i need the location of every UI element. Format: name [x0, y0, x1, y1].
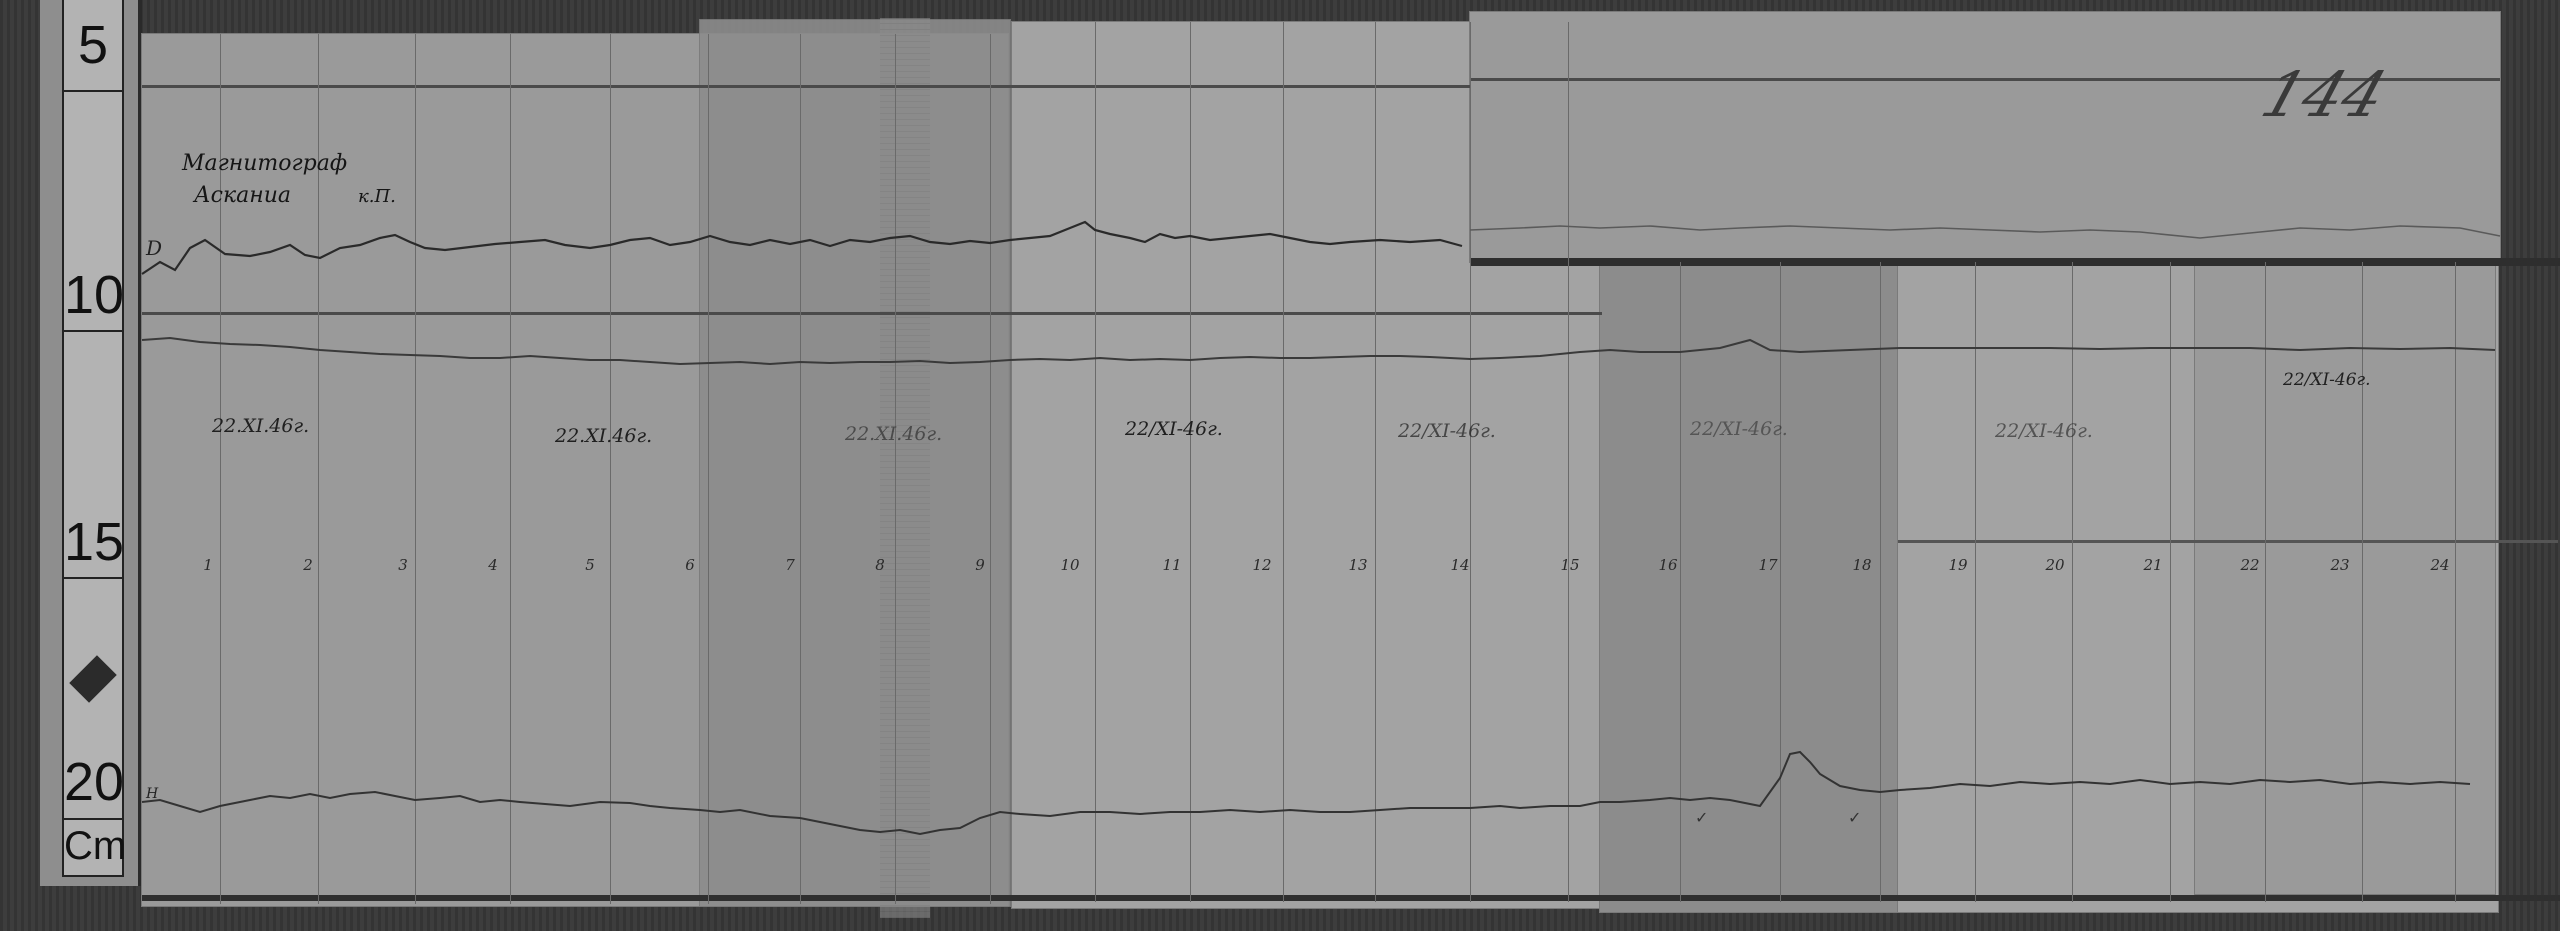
hour-label-11: 11 [1162, 556, 1181, 574]
date-label: 22/XI-46г. [1125, 418, 1223, 440]
hour-label-17: 17 [1758, 556, 1777, 574]
hour-label-24: 24 [2430, 556, 2449, 574]
d-trace-marker: D [146, 236, 162, 260]
hour-label-12: 12 [1252, 556, 1271, 574]
h-trace-marker: H [146, 786, 158, 802]
middle-trace [142, 338, 2495, 364]
hour-label-18: 18 [1852, 556, 1871, 574]
magnetogram-traces [0, 0, 2560, 931]
hour-label-20: 20 [2045, 556, 2064, 574]
hour-label-1: 1 [203, 556, 213, 574]
d-trace [142, 222, 1462, 274]
hour-label-6: 6 [685, 556, 695, 574]
hour-label-23: 23 [2330, 556, 2349, 574]
date-label: 22.XI.46г. [845, 423, 942, 445]
title-instrument: Асканиа [194, 183, 291, 208]
sheet-number: 144 [2253, 58, 2395, 131]
hour-label-10: 10 [1060, 556, 1079, 574]
hour-label-7: 7 [785, 556, 795, 574]
title-code: к.П. [298, 186, 396, 207]
instrument-title: Магнитограф Асканиа к.П. [182, 148, 396, 213]
hour-label-19: 19 [1948, 556, 1967, 574]
date-label: 22/XI-46г. [1398, 420, 1496, 442]
hour-label-16: 16 [1658, 556, 1677, 574]
hour-label-9: 9 [975, 556, 985, 574]
hour-label-4: 4 [488, 556, 498, 574]
title-line-2: Асканиа к.П. [182, 180, 396, 213]
hour-label-13: 13 [1348, 556, 1367, 574]
hour-label-3: 3 [398, 556, 408, 574]
date-label: 22.XI.46г. [212, 415, 309, 437]
hour-label-2: 2 [303, 556, 313, 574]
hour-label-21: 21 [2143, 556, 2162, 574]
date-label: 22/XI-46г. [1995, 420, 2093, 442]
date-label: 22/XI-46г. [2283, 370, 2371, 390]
h-trace [142, 752, 2470, 834]
hour-label-14: 14 [1450, 556, 1469, 574]
check-mark-icon: ✓ [1848, 808, 1861, 827]
date-label: 22/XI-46г. [1690, 418, 1788, 440]
d-trace-right [1470, 226, 2500, 238]
hour-label-8: 8 [875, 556, 885, 574]
check-mark-icon: ✓ [1695, 808, 1708, 827]
date-label: 22.XI.46г. [555, 425, 652, 447]
hour-label-22: 22 [2240, 556, 2259, 574]
title-line-1: Магнитограф [182, 148, 396, 180]
hour-label-15: 15 [1560, 556, 1579, 574]
hour-label-5: 5 [585, 556, 595, 574]
